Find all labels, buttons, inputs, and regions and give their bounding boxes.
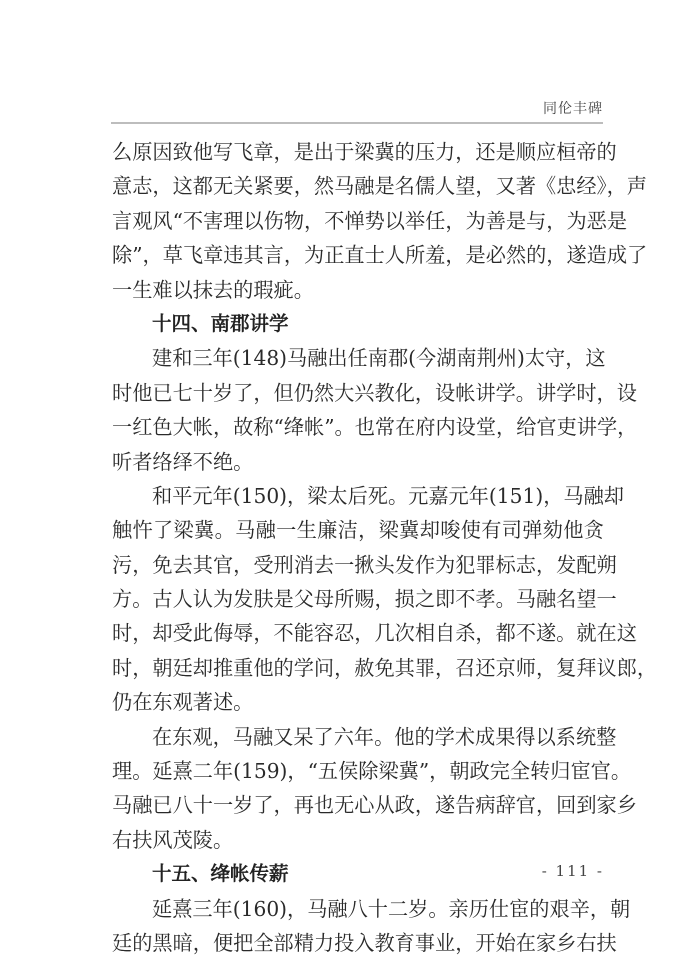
text-line: 延熹三年(160)，马融八十二岁。亲历仕宦的艰辛，朝 xyxy=(112,892,604,926)
text-line: 意志，这都无关紧要，然马融是名儒人望，又著《忠经》，声 xyxy=(112,169,604,203)
section-heading: 十四、南郡讲学 xyxy=(112,307,604,341)
text-line: 么原因致他写飞章，是出于梁冀的压力，还是顺应桓帝的 xyxy=(112,135,604,169)
running-title: 同伦丰碑 xyxy=(543,98,603,118)
text-line: 时他已七十岁了，但仍然大兴教化，设帐讲学。讲学时，设 xyxy=(112,376,604,410)
text-line: 和平元年(150)，梁太后死。元嘉元年(151)，马融却 xyxy=(112,479,604,513)
text-line: 听者络绎不绝。 xyxy=(112,445,604,479)
page-number: - 111 - xyxy=(542,862,604,880)
text-line: 在东观，马融又呆了六年。他的学术成果得以系统整 xyxy=(112,720,604,754)
body-text: 么原因致他写飞章，是出于梁冀的压力，还是顺应桓帝的 意志，这都无关紧要，然马融是… xyxy=(112,135,604,960)
text-line: 右扶风茂陵。 xyxy=(112,823,604,857)
text-line: 时，却受此侮辱，不能容忍，几次相自杀，都不遂。就在这 xyxy=(112,616,604,650)
text-line: 马融已八十一岁了，再也无心从政，遂告病辞官，回到家乡 xyxy=(112,788,604,822)
text-line: 建和三年(148)马融出任南郡(今湖南荆州)太守，这 xyxy=(112,341,604,375)
text-line: 一红色大帐，故称“绛帐”。也常在府内设堂，给官吏讲学， xyxy=(112,410,604,444)
text-line: 理。延熹二年(159)，“五侯除梁冀”，朝政完全转归宦官。 xyxy=(112,754,604,788)
text-line: 除”，草飞章违其言，为正直士人所羞，是必然的，遂造成了 xyxy=(112,238,604,272)
text-line: 触忤了梁冀。马融一生廉洁，梁冀却唆使有司弹劾他贪 xyxy=(112,513,604,547)
section-heading: 十五、绛帐传薪 xyxy=(112,857,604,891)
text-line: 方。古人认为发肤是父母所赐，损之即不孝。马融名望一 xyxy=(112,582,604,616)
running-head: 同伦丰碑 xyxy=(111,96,603,124)
text-line: 时，朝廷却推重他的学问，赦免其罪，召还京师，复拜议郎， xyxy=(112,651,604,685)
text-line: 仍在东观著述。 xyxy=(112,685,604,719)
text-line: 言观风“不害理以伤物，不惮势以举任，为善是与，为恶是 xyxy=(112,204,604,238)
text-line: 廷的黑暗，便把全部精力投入教育事业，开始在家乡右扶 xyxy=(112,926,604,960)
text-line: 污，免去其官，受刑消去一揪头发作为犯罪标志，发配朔 xyxy=(112,548,604,582)
text-line: 一生难以抹去的瑕疵。 xyxy=(112,273,604,307)
